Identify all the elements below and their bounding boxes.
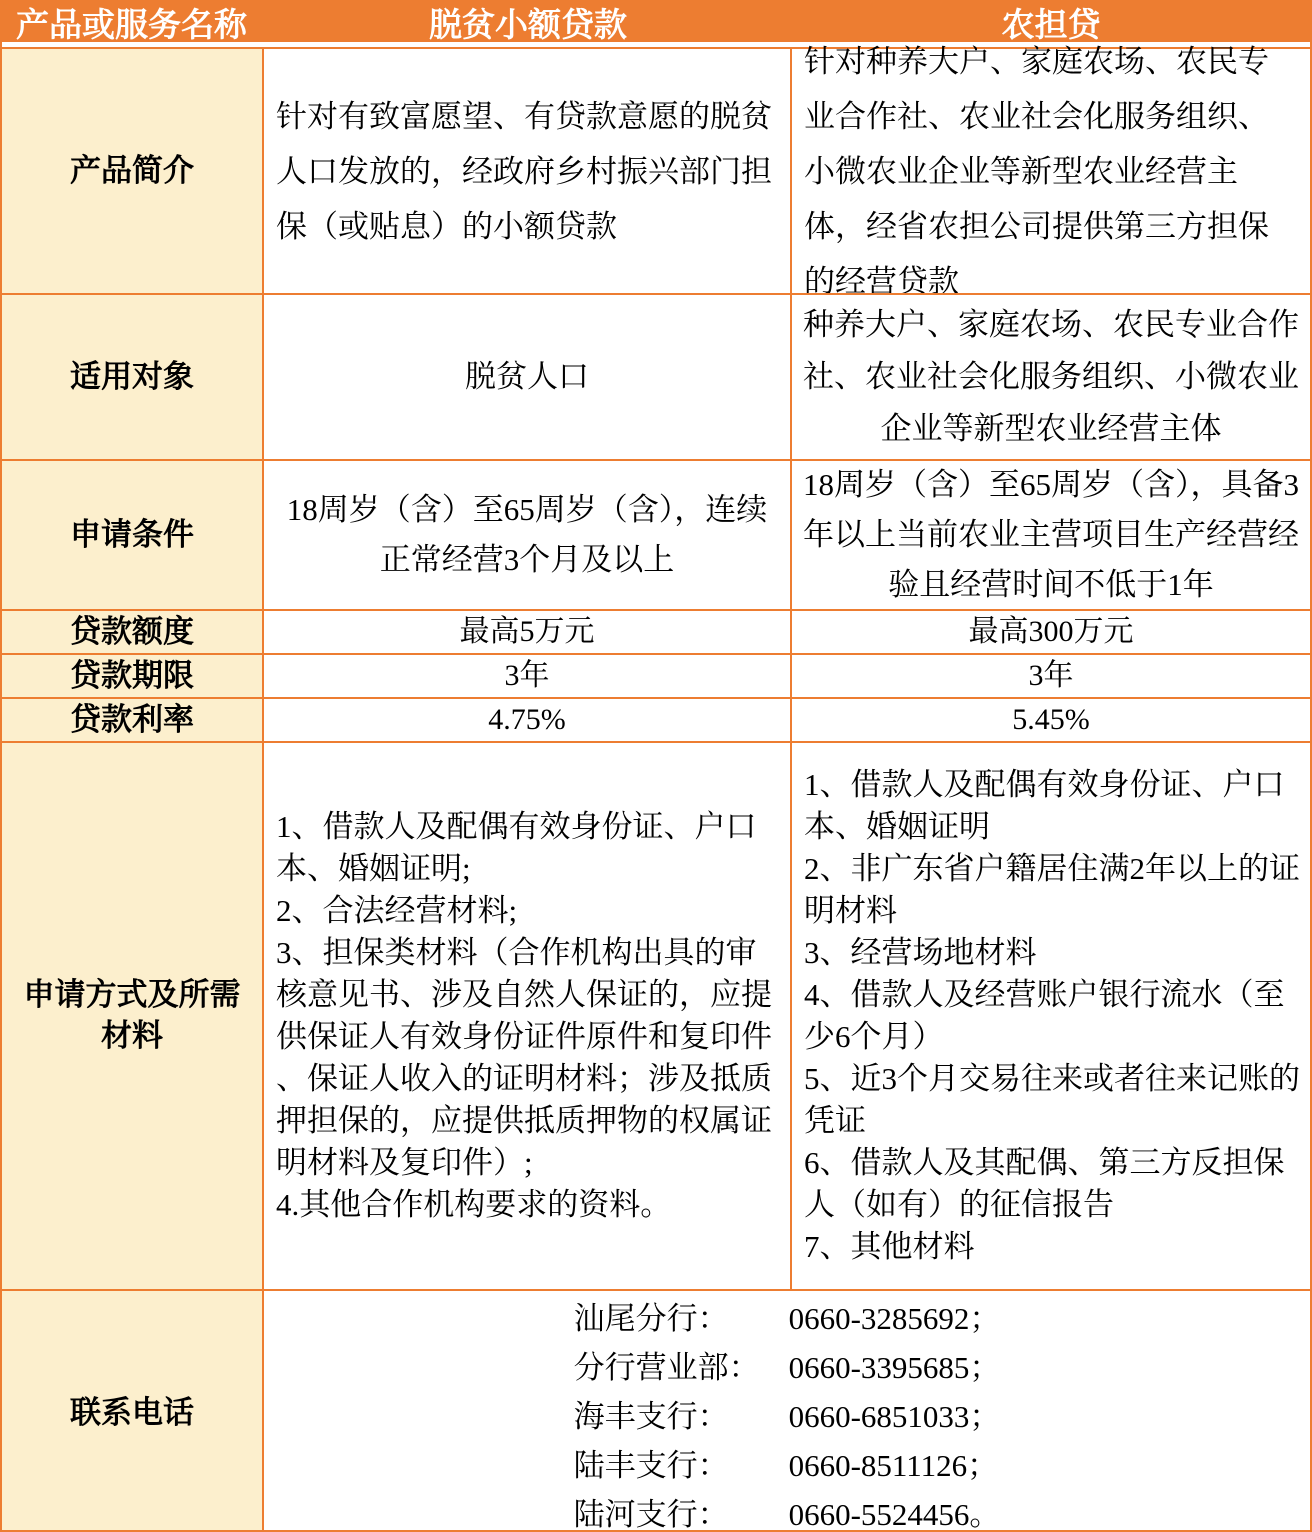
- row-product-intro-agri: 针对种养大户、家庭农场、农民专业合作社、农业社会化服务组织、小微农业企业等新型农…: [792, 49, 1310, 293]
- row-application-conditions: 申请条件 18周岁（含）至65周岁（含），连续正常经营3个月及以上 18周岁（含…: [2, 459, 1310, 609]
- row-target-audience-poverty: 脱贫人口: [264, 295, 792, 459]
- row-target-audience: 适用对象 脱贫人口 种养大户、家庭农场、农民专业合作社、农业社会化服务组织、小微…: [2, 293, 1310, 459]
- row-application-conditions-agri: 18周岁（含）至65周岁（含），具备3年以上当前农业主营项目生产经营经验且经营时…: [792, 461, 1310, 609]
- loan-comparison-table: 产品或服务名称 脱贫小额贷款 农担贷 产品简介 针对有致富愿望、有贷款意愿的脱贫…: [0, 0, 1312, 1532]
- row-loan-term-label: 贷款期限: [2, 655, 264, 697]
- branch-name: 海丰支行：: [574, 1391, 789, 1436]
- materials-poverty-item: 3、担保类材料（合作机构出具的审核意见书、涉及自然人保证的，应提供保证人有效身份…: [276, 932, 780, 1184]
- row-loan-rate-agri: 5.45%: [792, 699, 1310, 741]
- header-product-service: 产品或服务名称: [2, 2, 264, 42]
- row-application-materials-poverty: 1、借款人及配偶有效身份证、户口本、婚姻证明; 2、合法经营材料; 3、担保类材…: [264, 743, 792, 1289]
- row-target-audience-agri: 种养大户、家庭农场、农民专业合作社、农业社会化服务组织、小微农业企业等新型农业经…: [792, 295, 1310, 459]
- row-product-intro-label: 产品简介: [2, 49, 264, 293]
- contact-phone-list: 汕尾分行： 0660-3285692； 分行营业部： 0660-3395685；…: [264, 1291, 1310, 1532]
- branch-phone: 0660-3395685；: [789, 1342, 1001, 1387]
- row-loan-term-poverty: 3年: [264, 655, 792, 697]
- contact-entry: 分行营业部： 0660-3395685；: [574, 1340, 1001, 1389]
- row-loan-term: 贷款期限 3年 3年: [2, 653, 1310, 697]
- materials-agri-item: 2、非广东省户籍居住满2年以上的证明材料: [804, 848, 1300, 932]
- row-application-materials-agri: 1、借款人及配偶有效身份证、户口本、婚姻证明 2、非广东省户籍居住满2年以上的证…: [792, 743, 1310, 1289]
- row-loan-rate: 贷款利率 4.75% 5.45%: [2, 697, 1310, 741]
- row-loan-rate-label: 贷款利率: [2, 699, 264, 741]
- branch-phone: 0660-5524456。: [789, 1489, 1001, 1532]
- branch-name: 陆河支行：: [574, 1489, 789, 1532]
- row-contact-phone: 联系电话 汕尾分行： 0660-3285692； 分行营业部： 0660-339…: [2, 1289, 1310, 1532]
- row-contact-phone-label: 联系电话: [2, 1291, 264, 1532]
- materials-poverty-item: 2、合法经营材料;: [276, 890, 780, 932]
- row-application-materials-label: 申请方式及所需材料: [2, 743, 264, 1289]
- materials-agri-item: 7、其他材料: [804, 1226, 1300, 1268]
- materials-agri-item: 3、经营场地材料: [804, 932, 1300, 974]
- row-product-intro-poverty: 针对有致富愿望、有贷款意愿的脱贫人口发放的，经政府乡村振兴部门担保（或贴息）的小…: [264, 49, 792, 293]
- row-application-materials: 申请方式及所需材料 1、借款人及配偶有效身份证、户口本、婚姻证明; 2、合法经营…: [2, 741, 1310, 1289]
- branch-name: 汕尾分行：: [574, 1293, 789, 1338]
- branch-phone: 0660-8511126；: [789, 1440, 999, 1485]
- row-application-conditions-label: 申请条件: [2, 461, 264, 609]
- row-target-audience-label: 适用对象: [2, 295, 264, 459]
- row-loan-amount-agri: 最高300万元: [792, 611, 1310, 653]
- contact-entry: 汕尾分行： 0660-3285692；: [574, 1291, 1001, 1340]
- row-loan-rate-poverty: 4.75%: [264, 699, 792, 741]
- row-loan-amount-label: 贷款额度: [2, 611, 264, 653]
- materials-agri-item: 4、借款人及经营账户银行流水（至少6个月）: [804, 974, 1300, 1058]
- branch-name: 陆丰支行：: [574, 1440, 789, 1485]
- branch-phone: 0660-6851033；: [789, 1391, 1001, 1436]
- contact-entry: 海丰支行： 0660-6851033；: [574, 1389, 1001, 1438]
- header-poverty-loan: 脱贫小额贷款: [264, 2, 792, 42]
- materials-poverty-item: 1、借款人及配偶有效身份证、户口本、婚姻证明;: [276, 806, 780, 890]
- row-loan-amount-poverty: 最高5万元: [264, 611, 792, 653]
- row-loan-term-agri: 3年: [792, 655, 1310, 697]
- row-loan-amount: 贷款额度 最高5万元 最高300万元: [2, 609, 1310, 653]
- materials-agri-item: 1、借款人及配偶有效身份证、户口本、婚姻证明: [804, 764, 1300, 848]
- row-application-conditions-poverty: 18周岁（含）至65周岁（含），连续正常经营3个月及以上: [264, 461, 792, 609]
- branch-phone: 0660-3285692；: [789, 1293, 1001, 1338]
- materials-agri-item: 6、借款人及其配偶、第三方反担保人（如有）的征信报告: [804, 1142, 1300, 1226]
- branch-name: 分行营业部：: [574, 1342, 789, 1387]
- contact-entry: 陆丰支行： 0660-8511126；: [574, 1438, 1001, 1487]
- contact-block: 汕尾分行： 0660-3285692； 分行营业部： 0660-3395685；…: [574, 1291, 1001, 1532]
- materials-agri-item: 5、近3个月交易往来或者往来记账的凭证: [804, 1058, 1300, 1142]
- row-product-intro: 产品简介 针对有致富愿望、有贷款意愿的脱贫人口发放的，经政府乡村振兴部门担保（或…: [2, 47, 1310, 293]
- contact-entry: 陆河支行： 0660-5524456。: [574, 1487, 1001, 1532]
- materials-poverty-item: 4.其他合作机构要求的资料。: [276, 1184, 780, 1226]
